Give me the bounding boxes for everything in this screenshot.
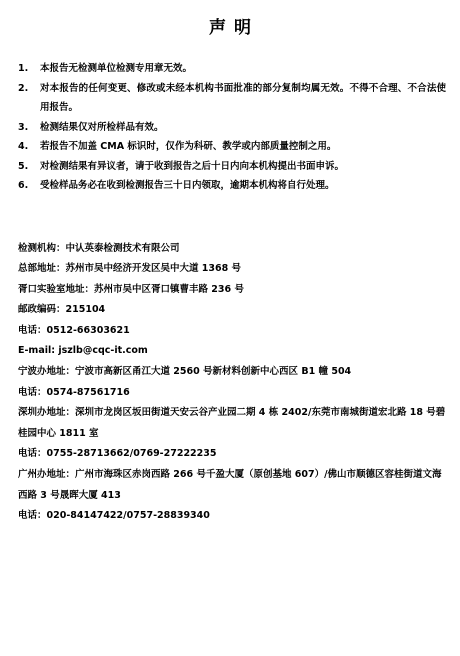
notice-list: 1. 本报告无检测单位检测专用章无效。 2. 对本报告的任何变更、修改或未经本机… bbox=[0, 59, 460, 196]
contact-line-postal-code: 邮政编码：215104 bbox=[18, 300, 446, 321]
notice-number: 6. bbox=[18, 176, 40, 196]
notice-text: 对本报告的任何变更、修改或未经本机构书面批准的部分复制均属无效。不得不合理、不合… bbox=[40, 79, 446, 118]
contact-info-block: 检测机构：中认英泰检测技术有限公司 总部地址：苏州市吴中经济开发区吴中大道 13… bbox=[0, 239, 460, 527]
contact-line-lab-address: 胥口实验室地址：苏州市吴中区胥口镇曹丰路 236 号 bbox=[18, 280, 446, 301]
notice-item: 3. 检测结果仅对所检样品有效。 bbox=[18, 118, 446, 138]
page-title: 声明 bbox=[0, 0, 460, 38]
notice-item: 1. 本报告无检测单位检测专用章无效。 bbox=[18, 59, 446, 79]
notice-text: 本报告无检测单位检测专用章无效。 bbox=[40, 59, 446, 79]
notice-number: 2. bbox=[18, 79, 40, 99]
contact-line-phone-guangzhou: 电话：020-84147422/0757-28839340 bbox=[18, 506, 446, 527]
notice-item: 4. 若报告不加盖 CMA 标识时，仅作为科研、教学或内部质量控制之用。 bbox=[18, 137, 446, 157]
notice-number: 3. bbox=[18, 118, 40, 138]
contact-line-shenzhen-address: 深圳办地址：深圳市龙岗区坂田街道天安云谷产业园二期 4 栋 2402/东莞市南城… bbox=[18, 403, 446, 444]
notice-text: 若报告不加盖 CMA 标识时，仅作为科研、教学或内部质量控制之用。 bbox=[40, 137, 446, 157]
contact-line-phone-ningbo: 电话：0574-87561716 bbox=[18, 383, 446, 404]
contact-line-guangzhou-address: 广州办地址：广州市海珠区赤岗西路 266 号千盈大厦（原创基地 607）/佛山市… bbox=[18, 465, 446, 506]
contact-line-phone-shenzhen: 电话：0755-28713662/0769-27222235 bbox=[18, 444, 446, 465]
notice-number: 1. bbox=[18, 59, 40, 79]
contact-line-phone-suzhou: 电话：0512-66303621 bbox=[18, 321, 446, 342]
contact-line-organization: 检测机构：中认英泰检测技术有限公司 bbox=[18, 239, 446, 260]
notice-number: 4. bbox=[18, 137, 40, 157]
statement-page: 声明 1. 本报告无检测单位检测专用章无效。 2. 对本报告的任何变更、修改或未… bbox=[0, 0, 460, 656]
notice-text: 检测结果仅对所检样品有效。 bbox=[40, 118, 446, 138]
notice-item: 6. 受检样品务必在收到检测报告三十日内领取，逾期本机构将自行处理。 bbox=[18, 176, 446, 196]
notice-text: 对检测结果有异议者，请于收到报告之后十日内向本机构提出书面申诉。 bbox=[40, 157, 446, 177]
notice-text: 受检样品务必在收到检测报告三十日内领取，逾期本机构将自行处理。 bbox=[40, 176, 446, 196]
notice-number: 5. bbox=[18, 157, 40, 177]
contact-line-email: E-mail: jszlb@cqc-it.com bbox=[18, 341, 446, 362]
notice-item: 5. 对检测结果有异议者，请于收到报告之后十日内向本机构提出书面申诉。 bbox=[18, 157, 446, 177]
notice-item: 2. 对本报告的任何变更、修改或未经本机构书面批准的部分复制均属无效。不得不合理… bbox=[18, 79, 446, 118]
contact-line-ningbo-address: 宁波办地址：宁波市高新区甬江大道 2560 号新材料创新中心西区 B1 幢 50… bbox=[18, 362, 446, 383]
contact-line-hq-address: 总部地址：苏州市吴中经济开发区吴中大道 1368 号 bbox=[18, 259, 446, 280]
